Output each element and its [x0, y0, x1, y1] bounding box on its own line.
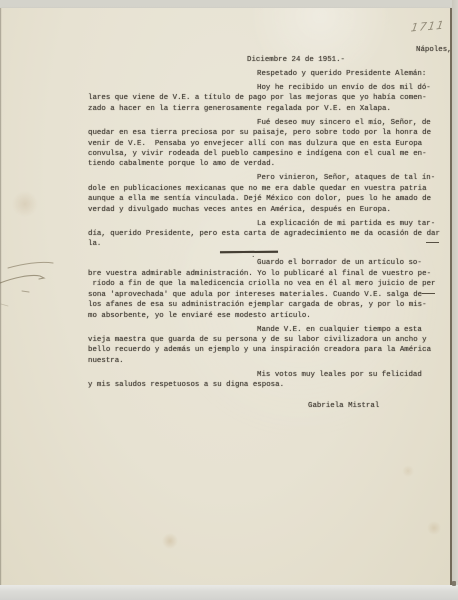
dateline: Nápoles, Diciembre 24 de 1951.-	[88, 45, 444, 66]
paragraph-2: Fué deseo muy sincero el mío, Señor, de …	[88, 118, 444, 170]
backing-sheet-bottom-edge	[0, 585, 458, 600]
letter-page: 1711 Nápoles, Diciembre 24 de 1951.- Res…	[0, 8, 452, 585]
underline-mark-dar	[426, 242, 439, 243]
paragraph-5: Guardo el borrador de un artículo so- br…	[88, 258, 444, 320]
salutation: Respetado y querido Presidente Alemán:	[88, 69, 444, 79]
paragraph-7: Mis votos muy leales por su felicidad y …	[88, 370, 444, 391]
pencil-scribble-marks	[0, 254, 62, 316]
paragraph-4: La explicación de mi partida es muy tar-…	[88, 219, 444, 250]
paper-edge-speck	[452, 581, 456, 586]
signature: Gabriela Mistral	[88, 401, 444, 411]
paragraph-1: Hoy he recibido un envío de dos mil dó- …	[88, 83, 444, 114]
section-divider-dot: .	[251, 253, 255, 260]
archive-number-annotation: 1711	[410, 18, 446, 34]
typed-text-block: Nápoles, Diciembre 24 de 1951.- Respetad…	[88, 41, 444, 412]
backing-sheet-right-edge	[452, 0, 458, 600]
paragraph-3: Pero vinieron, Señor, ataques de tal ín-…	[88, 173, 444, 215]
paragraph-6: Mande V.E. en cualquier tiempo a esta vi…	[88, 325, 444, 367]
scanned-letter: 1711 Nápoles, Diciembre 24 de 1951.- Res…	[0, 0, 458, 600]
underline-mark-per	[422, 293, 435, 294]
